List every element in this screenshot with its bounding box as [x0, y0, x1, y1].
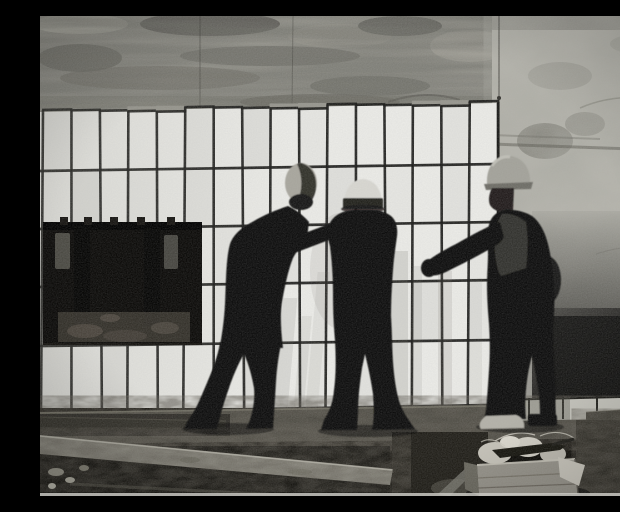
construction-photo: Three workers tiling a concrete wall — [40, 16, 620, 496]
photo-edge-strip — [40, 493, 620, 496]
vignette — [40, 16, 620, 496]
photo-canvas — [40, 16, 620, 496]
